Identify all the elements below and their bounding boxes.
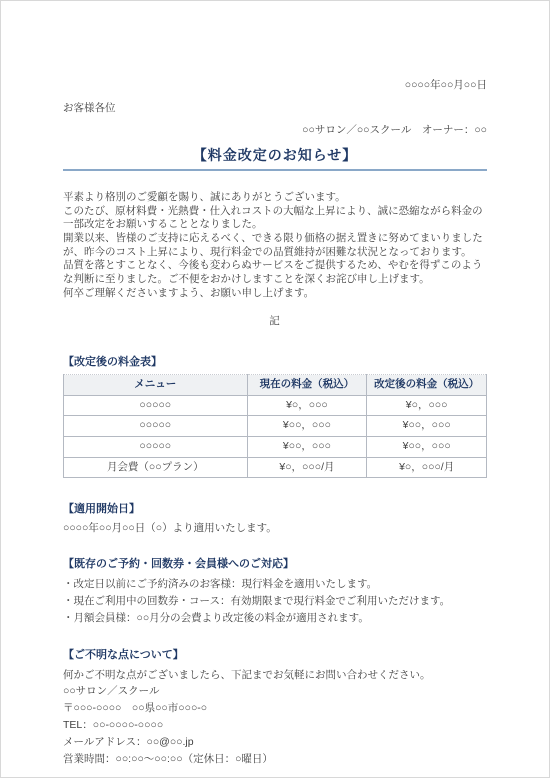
current-price-cell: ¥○，○○○ bbox=[247, 395, 367, 416]
contact-email: メールアドレス：○○@○○.jp bbox=[63, 735, 487, 750]
body-paragraphs: 平素より格別のご愛顧を賜り、誠にありがとうございます。 このたび、原材料費・光熱… bbox=[63, 191, 487, 300]
body-paragraph: 何卒ご理解くださいますよう、お願い申し上げます。 bbox=[63, 287, 487, 301]
title-rule bbox=[63, 169, 487, 171]
contact-tel: TEL：○○-○○○○-○○○○ bbox=[63, 718, 487, 733]
contact-hours: 営業時間：○○:○○～○○:○○（定休日：○曜日） bbox=[63, 752, 487, 767]
notice-document-page: ○○○○年○○月○○日 お客様各位 ○○サロン／○○スクール オーナー：○○ 【… bbox=[0, 0, 550, 778]
start-date-section: 【適用開始日】 ○○○○年○○月○○日（○）より適用いたします。 bbox=[63, 502, 487, 535]
sender-line: ○○サロン／○○スクール オーナー：○○ bbox=[63, 124, 487, 138]
existing-customers-list: ・改定日以前にご予約済みのお客様：現行料金を適用いたします。 ・現在ご利用中の回… bbox=[63, 577, 487, 627]
existing-customers-heading: 【既存のご予約・回数券・会員様へのご対応】 bbox=[63, 557, 487, 571]
menu-cell: 月会費（○○プラン） bbox=[64, 457, 248, 478]
start-date-text: ○○○○年○○月○○日（○）より適用いたします。 bbox=[63, 522, 487, 536]
price-table-row: 月会費（○○プラン） ¥○，○○○/月 ¥○，○○○/月 bbox=[64, 457, 487, 478]
body-paragraph: このたび、原材料費・光熱費・仕入れコストの大幅な上昇により、誠に恐縮ながら料金の… bbox=[63, 205, 487, 232]
price-table-heading: 【改定後の料金表】 bbox=[63, 355, 487, 369]
current-price-cell: ¥○○，○○○ bbox=[247, 437, 367, 458]
new-price-cell: ¥○○，○○○ bbox=[367, 437, 487, 458]
new-price-cell: ¥○，○○○ bbox=[367, 395, 487, 416]
new-price-cell: ¥○○，○○○ bbox=[367, 416, 487, 437]
inquiry-heading: 【ご不明な点について】 bbox=[63, 648, 487, 662]
body-paragraph: 開業以来、皆様のご支持に応えるべく、できる限り価格の据え置きに努めてまいりました… bbox=[63, 232, 487, 259]
list-item: ・現在ご利用中の回数券・コース：有効期限まで現行料金でご利用いただけます。 bbox=[63, 594, 487, 609]
existing-customers-section: 【既存のご予約・回数券・会員様へのご対応】 ・改定日以前にご予約済みのお客様：現… bbox=[63, 557, 487, 626]
price-table: メニュー 現在の料金（税込） 改定後の料金（税込） ○○○○○ ¥○，○○○ ¥… bbox=[63, 374, 487, 478]
document-date: ○○○○年○○月○○日 bbox=[63, 79, 487, 93]
list-item: ・月額会員様：○○月分の会費より改定後の料金が適用されます。 bbox=[63, 611, 487, 626]
price-table-row: ○○○○○ ¥○○，○○○ ¥○○，○○○ bbox=[64, 437, 487, 458]
contact-business-name: ○○サロン／スクール bbox=[63, 684, 487, 699]
recipient-line: お客様各位 bbox=[63, 102, 487, 116]
current-price-cell: ¥○，○○○/月 bbox=[247, 457, 367, 478]
new-price-cell: ¥○，○○○/月 bbox=[367, 457, 487, 478]
menu-cell: ○○○○○ bbox=[64, 416, 248, 437]
record-mark: 記 bbox=[63, 315, 487, 329]
body-paragraph: 品質を落とすことなく、今後も変わらぬサービスをご提供するため、やむを得ずこのよう… bbox=[63, 259, 487, 286]
price-table-row: ○○○○○ ¥○○，○○○ ¥○○，○○○ bbox=[64, 416, 487, 437]
inquiry-lead: 何かご不明な点がございましたら、下記までお気軽にお問い合わせください。 bbox=[63, 668, 487, 683]
notice-title: 【料金改定のお知らせ】 bbox=[63, 146, 487, 164]
price-table-section: 【改定後の料金表】 メニュー 現在の料金（税込） 改定後の料金（税込） ○○○○… bbox=[63, 355, 487, 479]
menu-cell: ○○○○○ bbox=[64, 395, 248, 416]
start-date-heading: 【適用開始日】 bbox=[63, 502, 487, 516]
price-table-row: ○○○○○ ¥○，○○○ ¥○，○○○ bbox=[64, 395, 487, 416]
list-item: ・改定日以前にご予約済みのお客様：現行料金を適用いたします。 bbox=[63, 577, 487, 592]
price-table-header-new-price: 改定後の料金（税込） bbox=[367, 375, 487, 396]
price-table-header-current-price: 現在の料金（税込） bbox=[247, 375, 367, 396]
price-table-header-menu: メニュー bbox=[64, 375, 248, 396]
price-table-header-row: メニュー 現在の料金（税込） 改定後の料金（税込） bbox=[64, 375, 487, 396]
contact-address: 〒○○○-○○○○ ○○県○○市○○○-○ bbox=[63, 701, 487, 716]
menu-cell: ○○○○○ bbox=[64, 437, 248, 458]
inquiry-section: 【ご不明な点について】 何かご不明な点がございましたら、下記までお気軽にお問い合… bbox=[63, 648, 487, 767]
current-price-cell: ¥○○，○○○ bbox=[247, 416, 367, 437]
body-paragraph: 平素より格別のご愛顧を賜り、誠にありがとうございます。 bbox=[63, 191, 487, 205]
